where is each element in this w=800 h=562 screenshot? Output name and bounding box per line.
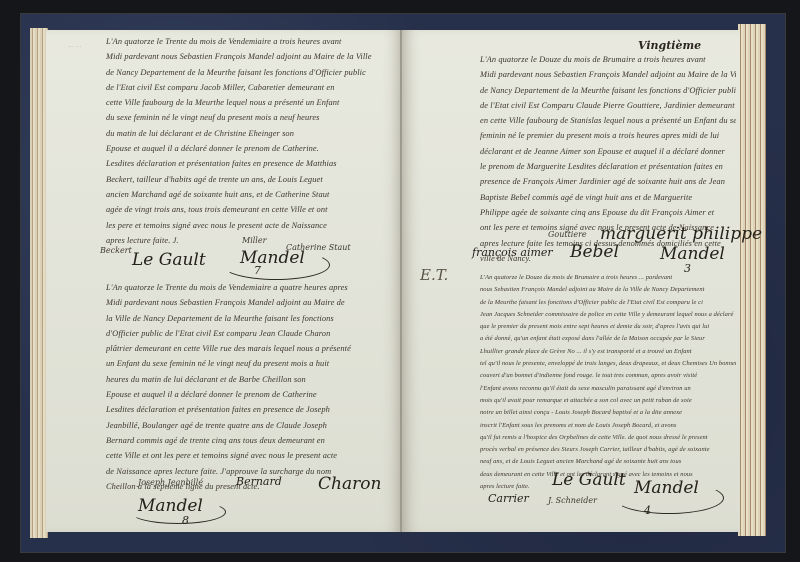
act-line: Bernard commis agé de trente cinq ans to… [106, 433, 398, 448]
signature-charon: Charon [318, 474, 381, 494]
act-line: plâtrier demeurant en cette Ville rue de… [106, 341, 398, 356]
page-edges-right [738, 24, 766, 536]
act-line: en cette Ville faubourg de Stanislas leq… [480, 113, 736, 128]
act-line: feminin né le premier du present mois a … [480, 128, 736, 143]
act-line: déclarant et de Jeanne Aimer son Epouse … [480, 144, 736, 159]
act-line: L'An quatorze le Douze du mois de Brumai… [480, 272, 736, 284]
signature-bernard: Bernard [236, 475, 282, 488]
signature-flourish [222, 250, 330, 280]
act-line: de l'Etat civil Est comparu Jacob Miller… [106, 80, 398, 95]
act-line: heures du matin de lui déclarant et de B… [106, 372, 398, 387]
left-page: ... ... L'An quatorze le Trente du mois … [46, 30, 402, 532]
signature-schneider: J. Schneider [548, 496, 597, 505]
right-page: Vingtième E.T. L'An quatorze le Douze du… [402, 30, 740, 532]
act-line: agée de vingt trois ans, tous trois deme… [106, 202, 398, 217]
page-mark: 8 [182, 514, 189, 527]
act-line: Philippe agée de soixante cinq ans Epous… [480, 205, 736, 220]
act-line: les pere et temoins signé avec nous le p… [106, 218, 398, 233]
act-line: du matin de lui déclarant et de Christin… [106, 126, 398, 141]
signature-jeanbille: Joseph Jeanbillé [138, 478, 203, 487]
act-line: de Nancy Departement de la Meurthe faisa… [106, 65, 398, 80]
act-line: Beckert, tailleur d'habits agé de trente… [106, 172, 398, 187]
act-line: L'An quatorze le Trente du mois de Vende… [106, 34, 398, 49]
signature-marguerit-philippe: marguerit philippe [600, 224, 762, 244]
act-line: le prenom de Marguerite Lesdites déclara… [480, 159, 736, 174]
act-line: L'An quatorze le Trente du mois de Vende… [106, 280, 398, 295]
page-mark: 4 [644, 504, 651, 517]
signature-flourish [130, 500, 226, 524]
act-line: neuf ans, et de Louis Leguet ancien Marc… [480, 456, 736, 468]
signature-mandel: Mandel [660, 244, 725, 264]
act-line: presence de François Aimer Jardinier agé… [480, 174, 736, 189]
act-line: inscrit l'Enfant sous les prenoms et nom… [480, 420, 736, 432]
signature-le-gault: Le Gault [552, 470, 626, 490]
act-line: de la Meurthe faisant les fonctions d'Of… [480, 297, 736, 309]
act-line: nous Sebastien François Mandel adjoint a… [480, 284, 736, 296]
act-line: de l'Etat civil Est Comparu Claude Pierr… [480, 98, 736, 113]
signature-flourish [614, 482, 724, 514]
act-line: Lesdites déclaration et présentation fai… [106, 156, 398, 171]
act-line: un Enfant du sexe feminin né le vingt ne… [106, 356, 398, 371]
act-line: Jeanbillé, Boulanger agé de trente quatr… [106, 418, 398, 433]
act-line: noire un billet ainsi conçu - Louis Jose… [480, 407, 736, 419]
page-mark: 7 [254, 264, 261, 277]
birth-act-2: L'An quatorze le Trente du mois de Vende… [106, 280, 398, 494]
act-line: Epouse et auquel il a déclaré donner le … [106, 387, 398, 402]
signature-bebel: Bebel [570, 242, 619, 262]
signature-miller: Miller [242, 236, 266, 245]
act-line: Lhuillier grande place de Grève No ... i… [480, 346, 736, 358]
act-line: Midi pardevant nous Sebastien François M… [106, 295, 398, 310]
act-line: cette Ville faubourg de la Meurthe leque… [106, 95, 398, 110]
act-line: procès verbal en présence des Sieurs Jos… [480, 444, 736, 456]
act-line: ancien Marchand agé de soixante huit ans… [106, 187, 398, 202]
header-annotation: Vingtième [638, 39, 701, 52]
act-line: Midi pardevant nous Sebastien François M… [480, 67, 736, 82]
signature-francois-aimer: françois aimer [472, 246, 553, 259]
act-line: de Nancy Departement de la Meurthe faisa… [480, 83, 736, 98]
faint-marginalia: ... ... [68, 42, 81, 49]
act-line: mois qu'il avait pour remarque et attach… [480, 395, 736, 407]
act-line: couvert d'un bonnet d'indienne fond roug… [480, 370, 736, 382]
signature-gouttiere: Gouttiere [548, 230, 587, 239]
act-line: Midi pardevant nous Sebastien François M… [106, 49, 398, 64]
act-line: L'An quatorze le Douze du mois de Brumai… [480, 52, 736, 67]
signature-le-gault: Le Gault [132, 250, 206, 270]
act-line: du sexe feminin né le vingt neuf du pres… [106, 110, 398, 125]
act-line: Jean Jacques Schneider commissaire de po… [480, 309, 736, 321]
act-line: l'Enfant avons reconnu qu'il était du se… [480, 383, 736, 395]
act-line: qu'il fut remis a l'hospice des Orphelin… [480, 432, 736, 444]
signature-carrier: Carrier [488, 492, 529, 505]
act-line: la Ville de Nancy Departement de la Meur… [106, 311, 398, 326]
act-line: Lesdites déclaration et présentation fai… [106, 402, 398, 417]
act-line: Epouse et auquel il a déclaré donner le … [106, 141, 398, 156]
foundling-act: L'An quatorze le Douze du mois de Brumai… [480, 272, 736, 493]
act-line: que le premier du present mois entre sep… [480, 321, 736, 333]
act-line: tel qu'il nous le presente, enveloppé de… [480, 358, 736, 370]
birth-act-1: L'An quatorze le Trente du mois de Vende… [106, 34, 398, 248]
act-line: cette Ville et ont les pere et temoins s… [106, 448, 398, 463]
margin-note: E.T. [420, 266, 448, 284]
act-line: d'Officier public de l'Etat civil Est co… [106, 326, 398, 341]
act-line: Baptiste Bebel commis agé de vingt huit … [480, 190, 736, 205]
signature-beckert: Beckert [100, 246, 132, 255]
act-line: a été donné, qu'un enfant était exposé d… [480, 333, 736, 345]
